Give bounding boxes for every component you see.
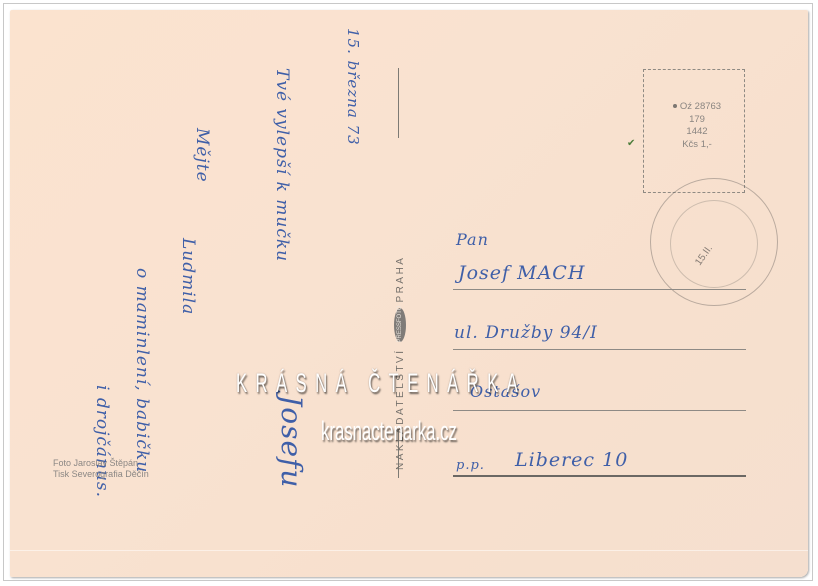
address-post-office: Liberec 10 [515,449,628,471]
message-line: Ludmila [178,238,198,315]
address-line [453,410,746,411]
stamp-code: Oź 28763 [680,101,721,112]
stamp-imprint: Oź 28763 179 1442 Kčs 1,- [652,101,742,151]
bullet-icon [673,104,677,108]
photo-credit: Foto Jaroslav Štěpán [53,458,149,469]
message-line: o maminlení, babičku [132,268,152,473]
stamp-line: 1442 [652,126,742,139]
message-date: 15. března 73 [344,28,362,146]
print-credits: Foto Jaroslav Štěpán Tisk Severografia D… [53,458,149,480]
check-mark-icon: ✔ [627,138,635,149]
address-street: ul. Družby 94/I [454,323,598,343]
address-line [453,475,746,477]
message-line: Mějte [192,128,212,183]
publisher-name: NAKLADATELSTVÍ [395,348,406,470]
stamp-line: 179 [652,114,742,127]
address-name: Josef MACH [458,262,585,284]
publisher-imprint: NAKLADATELSTVÍ PRESSFOTO PRAHA [393,70,407,470]
publisher-city: PRAHA [395,256,406,303]
message-line: Tvé vylepší k mučku [272,68,292,262]
message-signature: Josefu [275,395,308,488]
postmark-inner-circle [670,200,758,288]
address-salutation: Pan [456,230,489,249]
pressfoto-logo-icon: PRESSFOTO [394,308,406,342]
address-line [453,289,746,290]
watermark-title: KRÁSNÁ ČTENÁŘKA [236,368,583,399]
address-postal-prefix: p.p. [456,458,485,473]
message-line: i drojčánus. [92,385,112,498]
watermark-url: krasnactenarka.cz [321,416,457,447]
print-credit: Tisk Severografia Děčín [53,469,149,480]
stamp-price: Kčs 1,- [652,139,742,152]
address-line [453,349,746,350]
